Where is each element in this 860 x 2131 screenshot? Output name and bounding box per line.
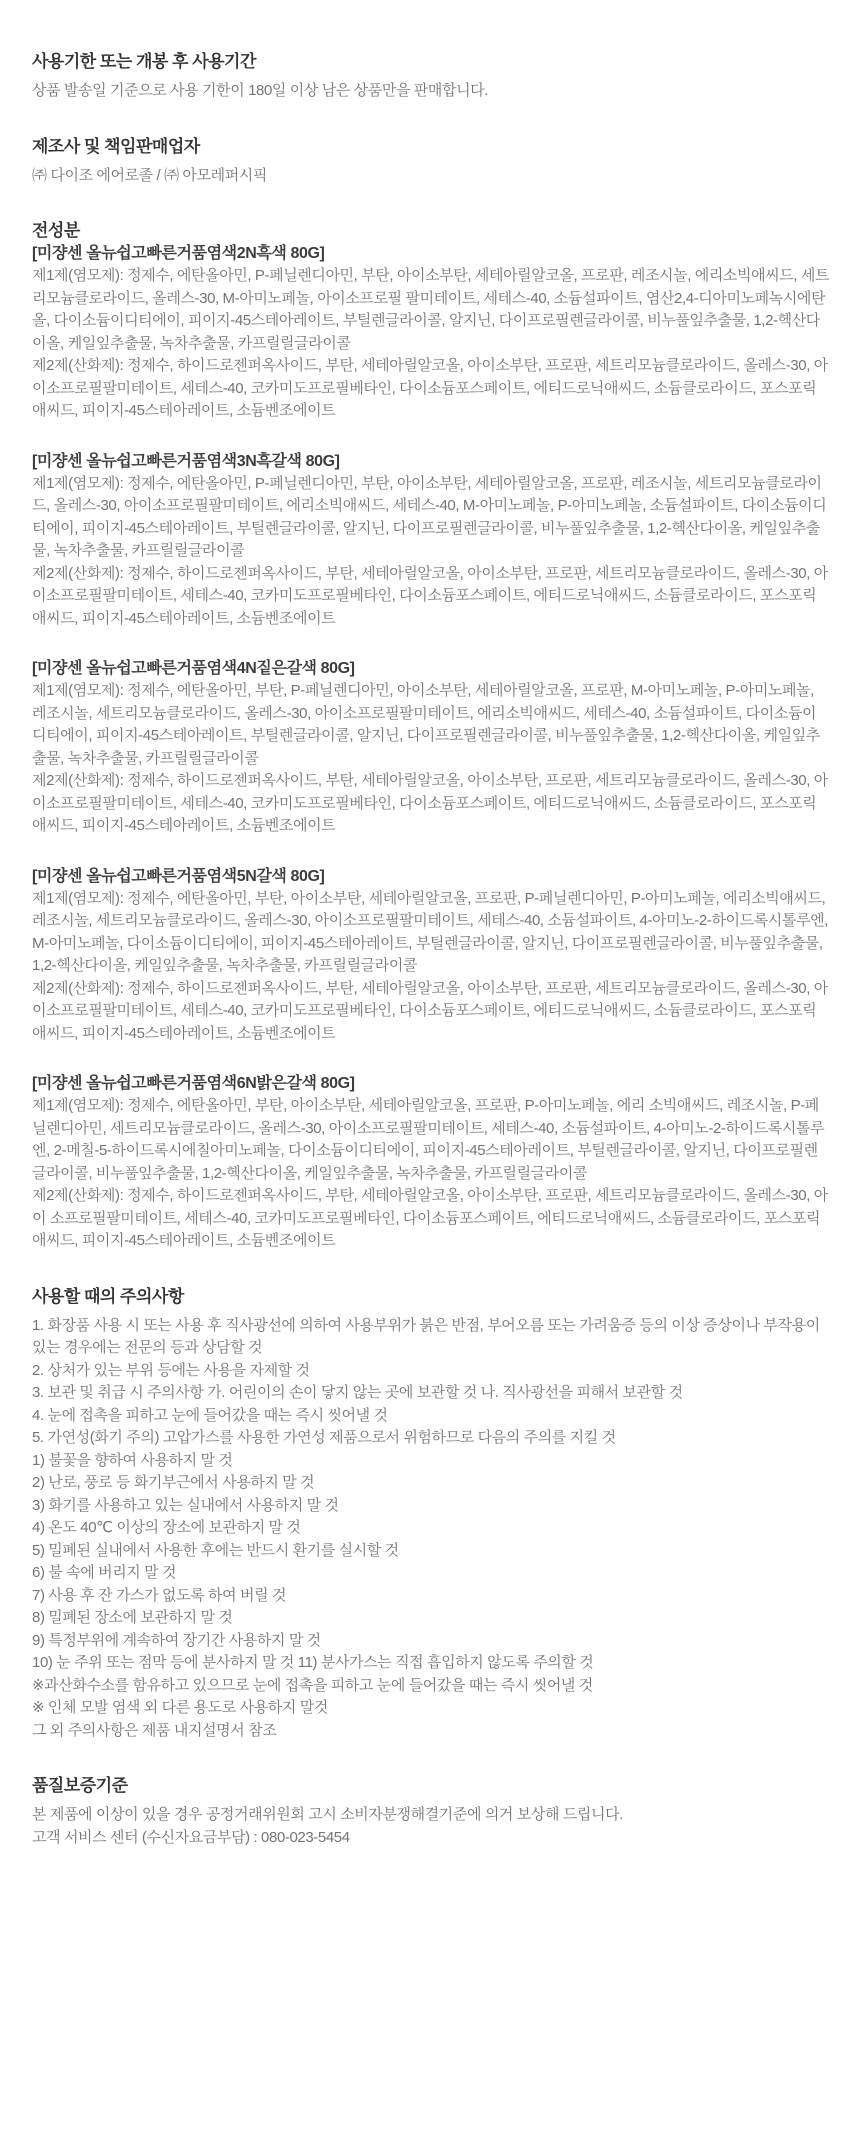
precaution-item: 4) 온도 40℃ 이상의 장소에 보관하지 말 것: [32, 1517, 830, 1540]
product-title: [미쟝센 올뉴쉽고빠른거품염색6N밝은갈색 80G]: [32, 1072, 830, 1095]
oxidizer-ingredients: 제2제(산화제): 정제수, 하이드로젠퍼옥사이드, 부탄, 세테아릴알코올, …: [32, 770, 830, 838]
precaution-item: 5) 밀폐된 실내에서 사용한 후에는 반드시 환기를 실시할 것: [32, 1540, 830, 1563]
precautions-heading: 사용할 때의 주의사항: [32, 1285, 830, 1308]
section-ingredients: 전성분 [미쟝센 올뉴쉽고빠른거품염색2N흑색 80G] 제1제(염모제): 정…: [32, 219, 830, 1253]
warranty-heading: 품질보증기준: [32, 1774, 830, 1797]
dye-ingredients: 제1제(염모제): 정제수, 에탄올아민, P-페닐렌디아민, 부탄, 아이소부…: [32, 473, 830, 563]
usage-period-text: 상품 발송일 기준으로 사용 기한이 180일 이상 남은 상품만을 판매합니다…: [32, 80, 830, 103]
product-ingredients-2n: [미쟝센 올뉴쉽고빠른거품염색2N흑색 80G] 제1제(염모제): 정제수, …: [32, 242, 830, 423]
section-precautions: 사용할 때의 주의사항 1. 화장품 사용 시 또는 사용 후 직사광선에 의하…: [32, 1285, 830, 1743]
precaution-item: 10) 눈 주위 또는 점막 등에 분사하지 말 것 11) 분사가스는 직접 …: [32, 1652, 830, 1675]
dye-ingredients: 제1제(염모제): 정제수, 에탄올아민, 부탄, P-페닐렌디아민, 아이소부…: [32, 680, 830, 770]
precaution-item: 5. 가연성(화기 주의) 고압가스를 사용한 가연성 제품으로서 위험하므로 …: [32, 1427, 830, 1450]
precaution-item: 3) 화기를 사용하고 있는 실내에서 사용하지 말 것: [32, 1495, 830, 1518]
precaution-item: 4. 눈에 접촉을 피하고 눈에 들어갔을 때는 즉시 씻어낼 것: [32, 1405, 830, 1428]
precaution-item: 7) 사용 후 잔 가스가 없도록 하여 버릴 것: [32, 1585, 830, 1608]
precaution-item: ※과산화수소를 함유하고 있으므로 눈에 접촉을 피하고 눈에 들어갔을 때는 …: [32, 1675, 830, 1698]
oxidizer-ingredients: 제2제(산화제): 정제수, 하이드로젠퍼옥사이드, 부탄, 세테아릴알코올, …: [32, 978, 830, 1046]
product-title: [미쟝센 올뉴쉽고빠른거품염색5N갈색 80G]: [32, 865, 830, 888]
warranty-text: 본 제품에 이상이 있을 경우 공정거래위원회 고시 소비자분쟁해결기준에 의거…: [32, 1804, 830, 1827]
usage-period-heading: 사용기한 또는 개봉 후 사용기간: [32, 50, 830, 73]
dye-ingredients: 제1제(염모제): 정제수, 에탄올아민, 부탄, 아이소부탄, 세테아릴알코올…: [32, 888, 830, 978]
oxidizer-ingredients: 제2제(산화제): 정제수, 하이드로젠퍼옥사이드, 부탄, 세테아릴알코올, …: [32, 1185, 830, 1253]
precaution-item: 2) 난로, 풍로 등 화기부근에서 사용하지 말 것: [32, 1472, 830, 1495]
dye-ingredients: 제1제(염모제): 정제수, 에탄올아민, P-페닐렌디아민, 부탄, 아이소부…: [32, 265, 830, 355]
precaution-item: 1. 화장품 사용 시 또는 사용 후 직사광선에 의하여 사용부위가 붉은 반…: [32, 1315, 830, 1360]
precaution-item: 8) 밀폐된 장소에 보관하지 말 것: [32, 1607, 830, 1630]
product-ingredients-5n: [미쟝센 올뉴쉽고빠른거품염색5N갈색 80G] 제1제(염모제): 정제수, …: [32, 865, 830, 1046]
product-title: [미쟝센 올뉴쉽고빠른거품염색3N흑갈색 80G]: [32, 450, 830, 473]
precaution-item: 1) 불꽃을 향하여 사용하지 말 것: [32, 1450, 830, 1473]
customer-service-phone: 고객 서비스 센터 (수신자요금부담) : 080-023-5454: [32, 1827, 830, 1850]
oxidizer-ingredients: 제2제(산화제): 정제수, 하이드로젠퍼옥사이드, 부탄, 세테아릴알코올, …: [32, 563, 830, 631]
product-title: [미쟝센 올뉴쉽고빠른거품염색2N흑색 80G]: [32, 242, 830, 265]
section-usage-period: 사용기한 또는 개봉 후 사용기간 상품 발송일 기준으로 사용 기한이 180…: [32, 50, 830, 103]
product-info-page: 사용기한 또는 개봉 후 사용기간 상품 발송일 기준으로 사용 기한이 180…: [0, 0, 860, 1919]
precaution-item: 9) 특정부위에 계속하여 장기간 사용하지 말 것: [32, 1630, 830, 1653]
product-title: [미쟝센 올뉴쉽고빠른거품염색4N짙은갈색 80G]: [32, 657, 830, 680]
product-ingredients-3n: [미쟝센 올뉴쉽고빠른거품염색3N흑갈색 80G] 제1제(염모제): 정제수,…: [32, 450, 830, 631]
ingredients-heading: 전성분: [32, 219, 830, 242]
dye-ingredients: 제1제(염모제): 정제수, 에탄올아민, 부탄, 아이소부탄, 세테아릴알코올…: [32, 1095, 830, 1185]
section-manufacturer: 제조사 및 책임판매업자 ㈜ 다이조 에어로졸 / ㈜ 아모레퍼시픽: [32, 135, 830, 188]
precaution-item: 3. 보관 및 취급 시 주의사항 가. 어린이의 손이 닿지 않는 곳에 보관…: [32, 1382, 830, 1405]
section-warranty: 품질보증기준 본 제품에 이상이 있을 경우 공정거래위원회 고시 소비자분쟁해…: [32, 1774, 830, 1849]
precaution-item: ※ 인체 모발 염색 외 다른 용도로 사용하지 말것: [32, 1697, 830, 1720]
product-ingredients-4n: [미쟝센 올뉴쉽고빠른거품염색4N짙은갈색 80G] 제1제(염모제): 정제수…: [32, 657, 830, 838]
manufacturer-heading: 제조사 및 책임판매업자: [32, 135, 830, 158]
precaution-item: 그 외 주의사항은 제품 내지설명서 참조: [32, 1720, 830, 1743]
oxidizer-ingredients: 제2제(산화제): 정제수, 하이드로젠퍼옥사이드, 부탄, 세테아릴알코올, …: [32, 355, 830, 423]
precaution-item: 6) 불 속에 버리지 말 것: [32, 1562, 830, 1585]
product-ingredients-6n: [미쟝센 올뉴쉽고빠른거품염색6N밝은갈색 80G] 제1제(염모제): 정제수…: [32, 1072, 830, 1253]
manufacturer-text: ㈜ 다이조 에어로졸 / ㈜ 아모레퍼시픽: [32, 165, 830, 188]
precaution-item: 2. 상처가 있는 부위 등에는 사용을 자제할 것: [32, 1360, 830, 1383]
